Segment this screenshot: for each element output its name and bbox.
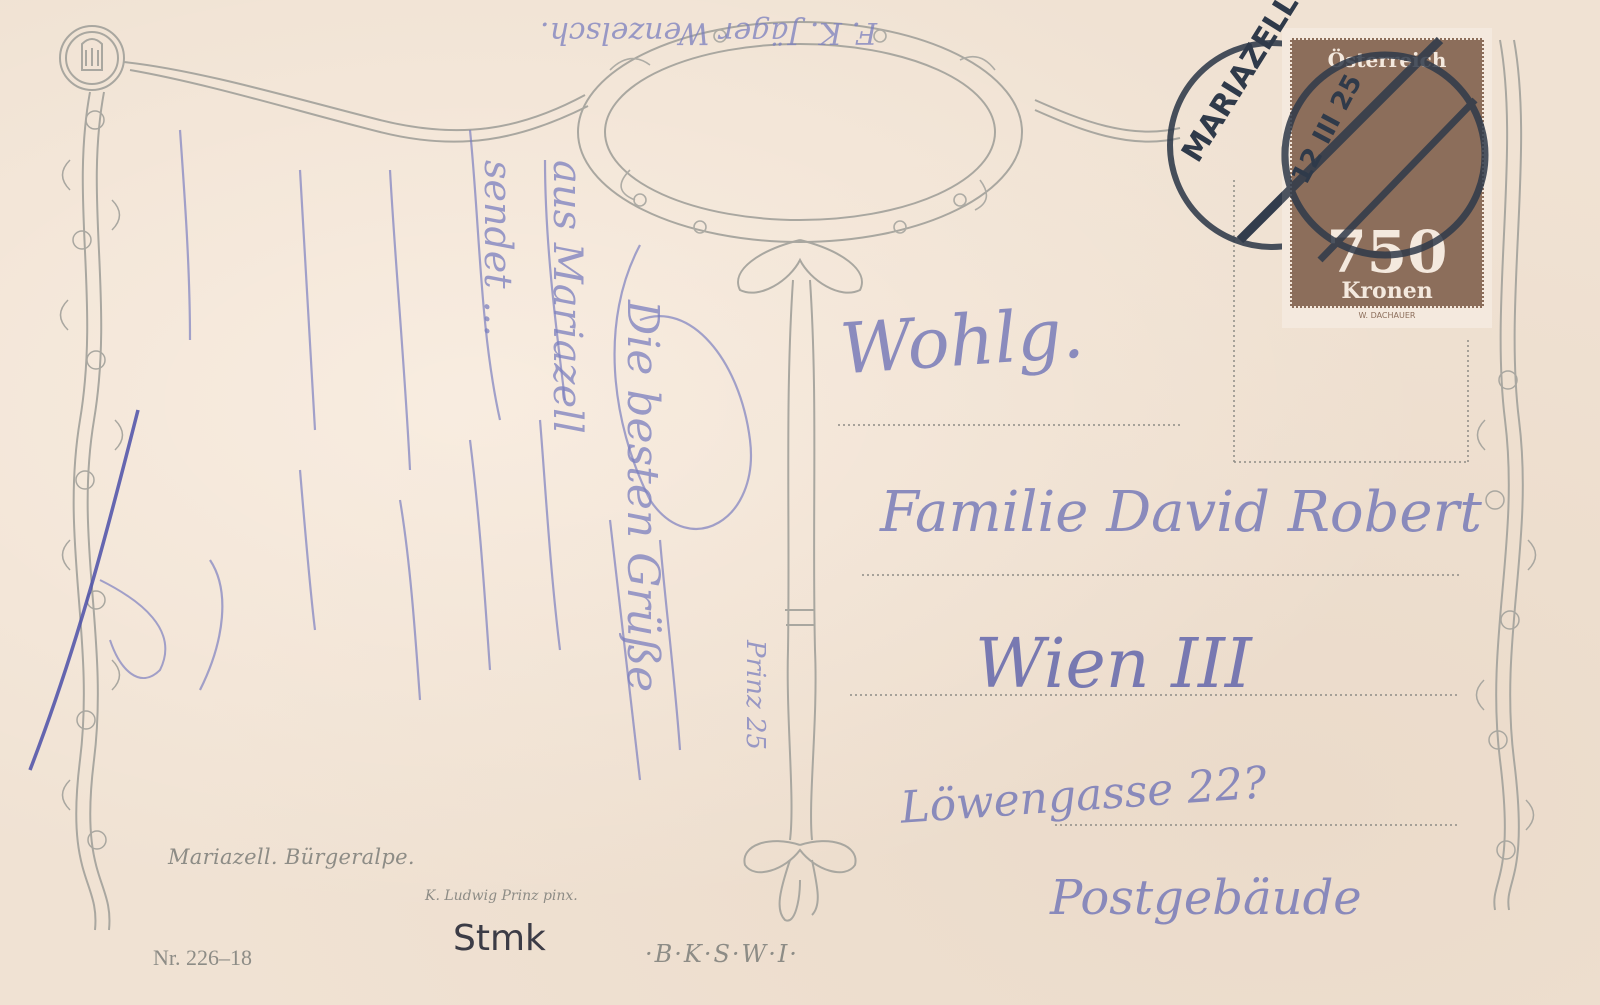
artist-credit: K. Ludwig Prinz pinx. [425, 888, 578, 904]
message-line: aus Mariazell [544, 160, 590, 434]
message-line: sendet ... [476, 160, 520, 337]
address-city: Wien III [975, 625, 1252, 704]
card-number: Nr. 226–18 [153, 945, 252, 971]
message-upside-down-header: F. K. Jäger Wenzelsch. [540, 15, 877, 50]
publisher-monogram: ·B·K·S·W·I· [645, 940, 799, 968]
pencil-note: Stmk [453, 918, 546, 959]
address-note: Postgebäude [1050, 870, 1362, 926]
address-salutation: Wohlg. [837, 292, 1086, 391]
message-line: Die besten Grüße [617, 300, 668, 692]
picture-caption: Mariazell. Bürgeralpe. [168, 845, 415, 869]
postcard: Österreich 750 Kronen W. DACHAUER MARIAZ… [0, 0, 1600, 1005]
message-line: Prinz 25 [740, 640, 770, 750]
address-recipient: Familie David Robert [880, 480, 1482, 545]
